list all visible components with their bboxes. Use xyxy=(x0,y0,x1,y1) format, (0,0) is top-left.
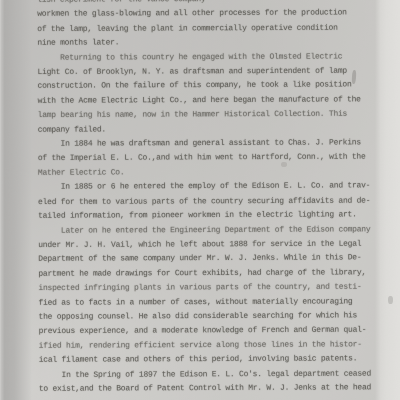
text-line: of the lamp, leaving the plant in commer… xyxy=(37,21,385,37)
text-line: In 1884 he was draftsman and general ass… xyxy=(38,136,386,152)
text-line: eled for them to various parts of the co… xyxy=(38,194,386,210)
text-line: ical filament case and others of this pe… xyxy=(39,352,387,368)
text-line: In the Spring of 1897 the Edison E. L. C… xyxy=(39,367,387,383)
text-line: Later on he entered the Engineering Depa… xyxy=(38,223,386,239)
text-line: Department of the same company under Mr.… xyxy=(38,252,386,268)
text-line: company failed. xyxy=(38,122,386,138)
text-line: previous experience, and a moderate know… xyxy=(39,324,387,340)
text-line: under Mr. J. H. Vail, which he left abou… xyxy=(38,237,386,253)
text-line: In 1885 or 6 he entered the employ of th… xyxy=(38,180,386,196)
text-line: Mather Electric Co. xyxy=(38,165,386,181)
page-left-edge-shadow xyxy=(0,0,32,400)
scanned-page: lish experiment for the Vance Companywor… xyxy=(0,0,400,400)
text-line: inspected infringing plants in various p… xyxy=(38,281,386,297)
scan-smudge-mark xyxy=(281,162,287,167)
text-line: construction. On the failure of this com… xyxy=(37,79,385,95)
text-line: nine months later. xyxy=(37,35,385,51)
text-line: workmen the glass-blowing and all other … xyxy=(37,7,385,23)
text-line: partment he made drawings for Court exhi… xyxy=(38,266,386,282)
text-line: Light Co. of Brooklyn, N. Y. as draftsma… xyxy=(37,65,385,81)
text-line: fied as to facts in a number of cases, w… xyxy=(38,295,386,311)
text-line: ified him, rendering efficient service a… xyxy=(39,338,387,354)
text-line: lamp bearing his name, now in the Hammer… xyxy=(38,108,386,124)
text-line: with the Acme Electric Light Co., and he… xyxy=(38,93,386,109)
text-line: tailed information, from pioneer workmen… xyxy=(38,208,386,224)
text-line: the opposing counsel. He also did consid… xyxy=(39,309,387,325)
text-line: of the Imperial E. L. Co.,and with him w… xyxy=(38,151,386,167)
text-line: Returning to this country he engaged wit… xyxy=(37,50,385,66)
text-line: to exist,and the Board of Patent Control… xyxy=(39,381,387,397)
scan-smudge-mark xyxy=(388,296,393,304)
typewritten-text: lish experiment for the Vance Companywor… xyxy=(37,0,387,397)
